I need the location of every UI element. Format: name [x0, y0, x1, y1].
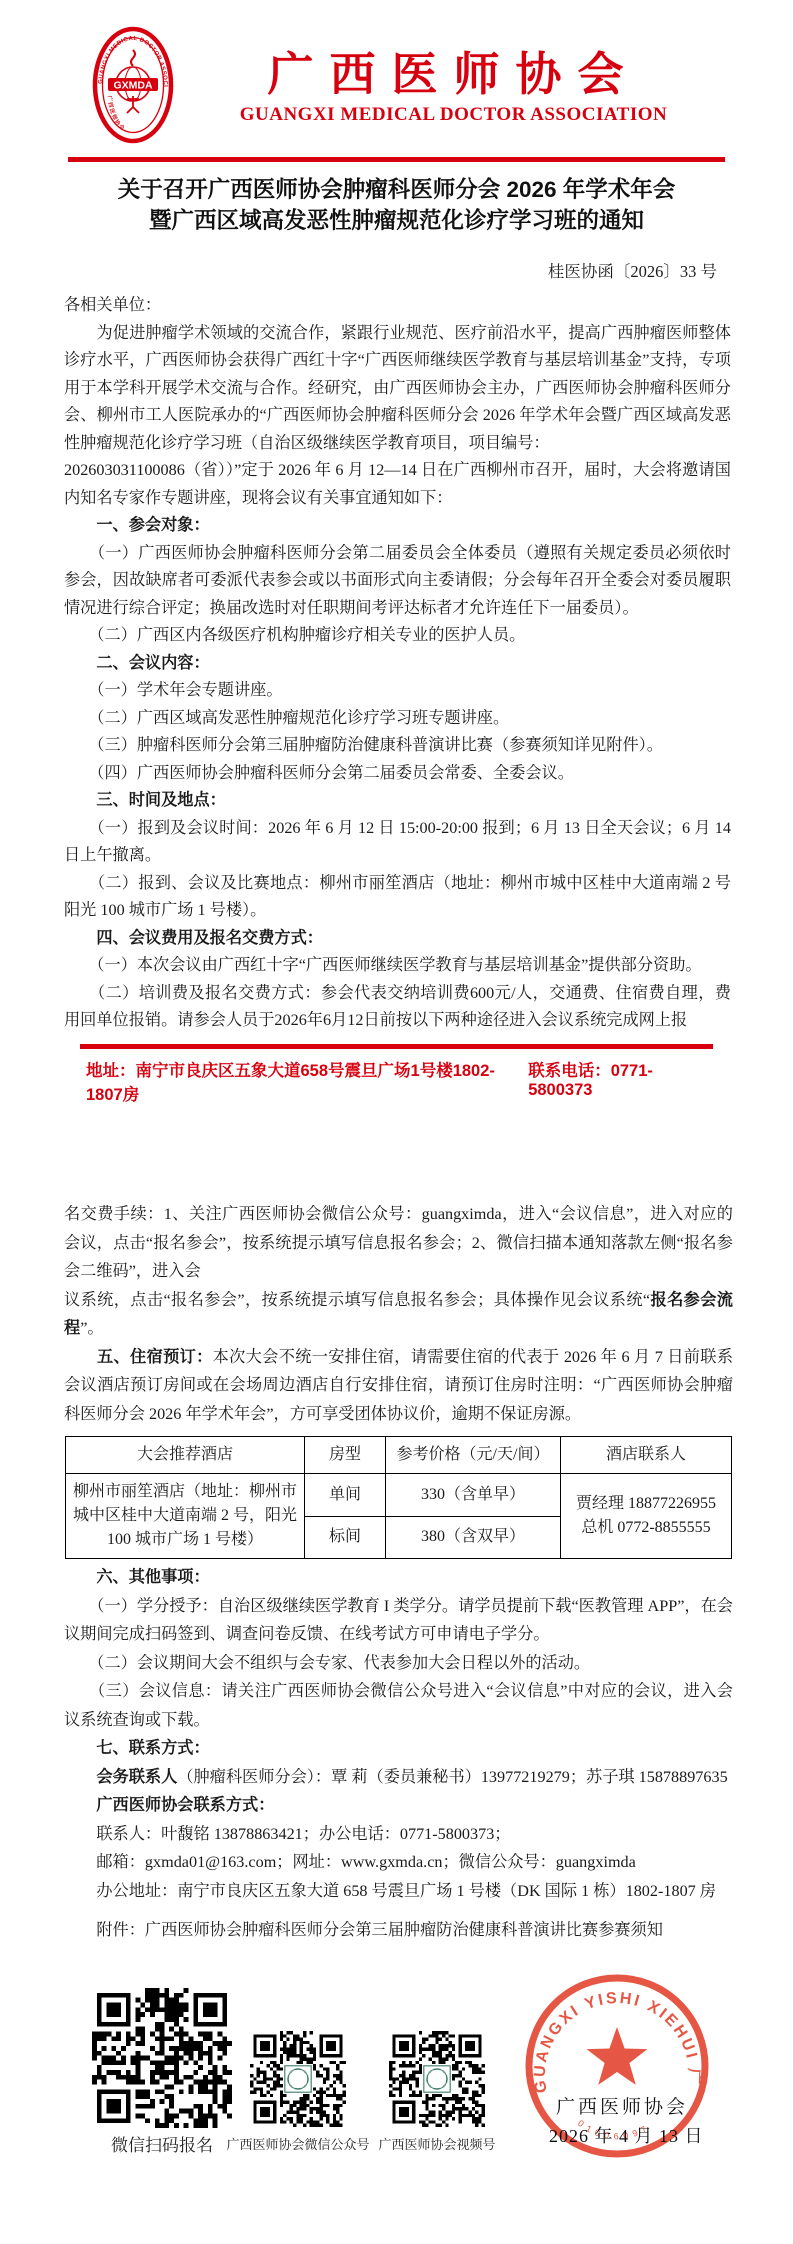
qr-wechat-official	[250, 2031, 346, 2127]
qr-registration	[92, 1988, 232, 2128]
seal-star-icon	[587, 2027, 648, 2085]
footer-phone: 联系电话：0771-5800373	[528, 1057, 709, 1105]
notice-document: GUANGXI MEDICAL DOCTOR ASSOCIATION GXMDA…	[0, 0, 793, 2244]
official-seal: GUANGXI YISHI XIEHUI 广西医师协会 01006097	[521, 1970, 713, 2162]
paragraph: （二）会议期间大会不组织与会专家、代表参加大会日程以外的活动。	[64, 1649, 733, 1678]
paragraph: 三、时间及地点：	[64, 787, 731, 815]
paragraph: （一）本次会议由广西红十字“广西医师继续医学教育与基层培训基金”提供部分资助。	[64, 952, 731, 980]
paragraph: 六、其他事项：	[64, 1563, 733, 1592]
paragraph: （二）报到、会议及比赛地点：柳州市丽笙酒店（地址：柳州市城中区桂中大道南端 2 …	[64, 870, 731, 925]
room-type-cell: 单间	[305, 1474, 386, 1517]
notice-title: 关于召开广西医师协会肿瘤科医师分会 2026 年学术年会 暨广西区域高发恶性肿瘤…	[0, 174, 793, 236]
page1-footer: 地址：南宁市良庆区五象大道658号震旦广场1号楼1802-1807房 联系电话：…	[0, 1044, 793, 1105]
notice-title-line2: 暨广西区域高发恶性肿瘤规范化诊疗学习班的通知	[0, 205, 793, 236]
qr-video-channel	[389, 2031, 485, 2127]
qr-wechat-official-code	[250, 2031, 346, 2127]
paragraph: （一）报到及会议时间：2026 年 6 月 12 日 15:00-20:00 报…	[64, 815, 731, 870]
hotel-name-cell: 柳州市丽笙酒店（地址：柳州市城中区桂中大道南端 2 号，阳光 100 城市广场 …	[66, 1474, 305, 1559]
price-cell: 380（含双早）	[386, 1516, 561, 1559]
paragraph: 办公地址：南宁市良庆区五象大道 658 号震旦广场 1 号楼（DK 国际 1 栋…	[64, 1877, 733, 1906]
paragraph: 邮箱：gxmda01@163.com；网址：www.gxmda.cn；微信公众号…	[64, 1848, 733, 1877]
hotel-table: 大会推荐酒店房型参考价格（元/天/间）酒店联系人柳州市丽笙酒店（地址：柳州市城中…	[65, 1436, 732, 1559]
qr-video-channel-code	[389, 2031, 485, 2127]
paragraph: （四）广西医师协会肿瘤科医师分会第二届委员会常委、全委会议。	[64, 760, 731, 788]
org-name-en: GUANGXI MEDICAL DOCTOR ASSOCIATION	[178, 104, 729, 126]
price-cell: 330（含单早）	[386, 1474, 561, 1517]
footer-address: 地址：南宁市良庆区五象大道658号震旦广场1号楼1802-1807房	[86, 1057, 528, 1105]
qr-video-channel-label: 广西医师协会视频号	[352, 2134, 522, 2153]
table-header-cell: 房型	[305, 1437, 386, 1474]
paragraph: （二）培训费及报名交费方式：参会代表交纳培训费600元/人，交通费、住宿费自理，…	[64, 980, 731, 1035]
paragraph: 名交费手续：1、关注广西医师协会微信公众号：guangximda，进入“会议信息…	[64, 1200, 733, 1343]
page2-body: 名交费手续：1、关注广西医师协会微信公众号：guangximda，进入“会议信息…	[64, 1200, 733, 1905]
paragraph: 各相关单位：	[64, 292, 731, 320]
paragraph: （一）学分授予：自治区级继续医学教育 I 类学分。请学员提前下载“医教管理 AP…	[64, 1592, 733, 1649]
document-number: 桂医协函〔2026〕33 号	[0, 258, 717, 282]
paragraph: 为促进肿瘤学术领域的交流合作，紧跟行业规范、医疗前沿水平，提高广西肿瘤医师整体诊…	[64, 320, 731, 513]
table-header-cell: 参考价格（元/天/间）	[386, 1437, 561, 1474]
paragraph: （一）广西医师协会肿瘤科医师分会第二届委员会全体委员（遵照有关规定委员必须依时参…	[64, 540, 731, 623]
table-header-cell: 大会推荐酒店	[66, 1437, 305, 1474]
qr-registration-code	[92, 1988, 232, 2128]
logo-center-text: GXMDA	[113, 80, 153, 92]
notice-title-line1: 关于召开广西医师协会肿瘤科医师分会 2026 年学术年会	[0, 174, 793, 205]
room-type-cell: 标间	[305, 1516, 386, 1559]
attachment-line: 附件：广西医师协会肿瘤科医师分会第三届肿瘤防治健康科普演讲比赛参赛须知	[64, 1916, 663, 1940]
svg-text:01006097: 01006097	[576, 2118, 653, 2141]
seal-serial: 01006097	[576, 2118, 653, 2141]
paragraph: 一、参会对象：	[64, 512, 731, 540]
paragraph: 联系人：叶馥铭 13878863421；办公电话：0771-5800373；	[64, 1820, 733, 1849]
association-logo-icon: GUANGXI MEDICAL DOCTOR ASSOCIATION GXMDA…	[92, 26, 174, 144]
hotel-contact-cell: 贾经理 18877226955总机 0772-8855555	[561, 1474, 732, 1559]
page1-body: 各相关单位： 为促进肿瘤学术领域的交流合作，紧跟行业规范、医疗前沿水平，提高广西…	[64, 292, 731, 1035]
paragraph: 四、会议费用及报名交费方式：	[64, 925, 731, 953]
paragraph: （三）会议信息：请关注广西医师协会微信公众号进入“会议信息”中对应的会议，进入会…	[64, 1677, 733, 1734]
paragraph: 广西医师协会联系方式：	[64, 1791, 733, 1820]
table-header-cell: 酒店联系人	[561, 1437, 732, 1474]
letterhead: GUANGXI MEDICAL DOCTOR ASSOCIATION GXMDA…	[0, 0, 793, 149]
paragraph: （一）学术年会专题讲座。	[64, 677, 731, 705]
paragraph: 五、住宿预订：本次大会不统一安排住宿，请需要住宿的代表于 2026 年 6 月 …	[64, 1343, 733, 1429]
paragraph: 七、联系方式：	[64, 1734, 733, 1763]
paragraph: （二）广西区内各级医疗机构肿瘤诊疗相关专业的医护人员。	[64, 622, 731, 650]
org-name-cn: 广西医师协会	[178, 49, 729, 102]
header-divider	[68, 157, 725, 162]
association-logo: GUANGXI MEDICAL DOCTOR ASSOCIATION GXMDA…	[92, 26, 178, 149]
seal-ring-text: GUANGXI YISHI XIEHUI 广西医师协会	[521, 1970, 704, 2094]
svg-text:GUANGXI YISHI XIEHUI 广西医师协会: GUANGXI YISHI XIEHUI 广西医师协会	[521, 1970, 704, 2094]
footer-divider	[80, 1044, 713, 1049]
paragraph: 会务联系人（肿瘤科医师分会）：覃 莉（委员兼秘书）13977219279；苏子琪…	[64, 1763, 733, 1792]
paragraph: （二）广西区域高发恶性肿瘤规范化诊疗学习班专题讲座。	[64, 705, 731, 733]
paragraph: 二、会议内容：	[64, 650, 731, 678]
paragraph: （三）肿瘤科医师分会第三届肿瘤防治健康科普演讲比赛（参赛须知详见附件）。	[64, 732, 731, 760]
